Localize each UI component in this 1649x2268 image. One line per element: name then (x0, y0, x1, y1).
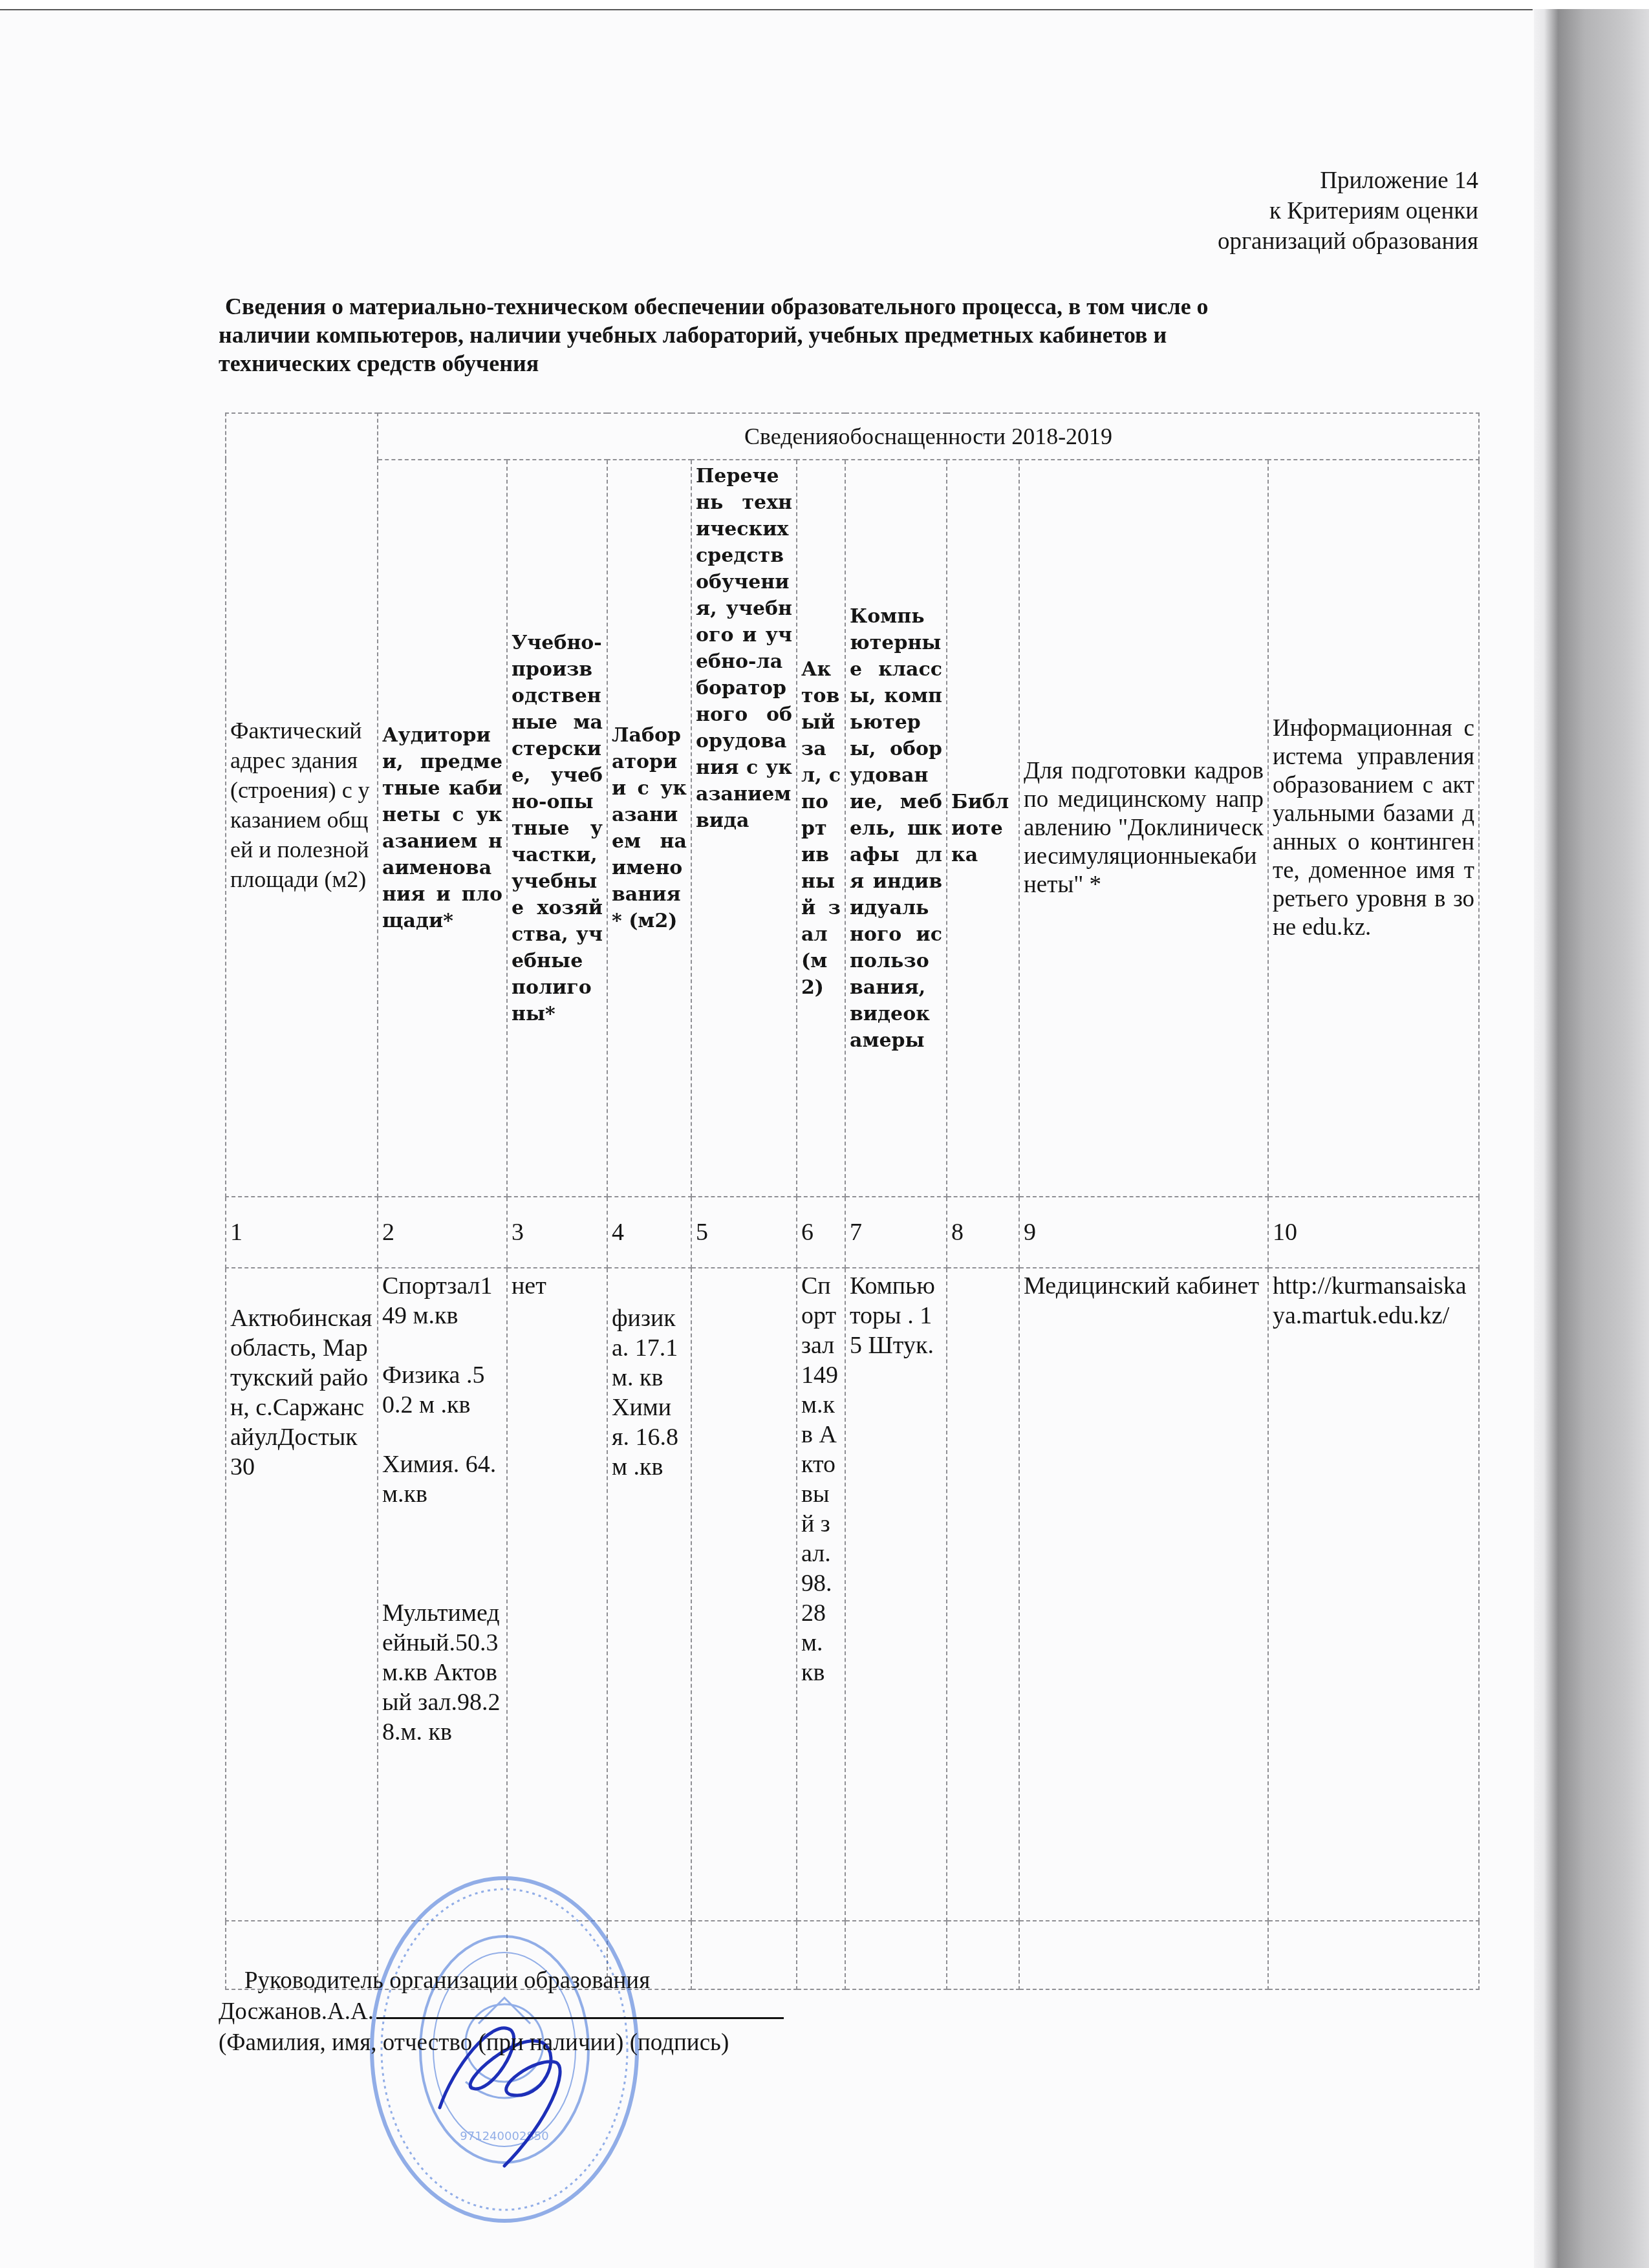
title-line-2: наличии компьютеров, наличии учебных лаб… (219, 321, 1447, 349)
header-address: Фактический адрес здания (строения) с ук… (226, 413, 378, 1197)
cell-labs: физика. 17.1м. кв Химия. 16.8 м .кв (607, 1268, 691, 1921)
header-halls: Актовый зал, спортивный зал (м2) (797, 460, 845, 1197)
title-line-3: технических средств обучения (219, 349, 1447, 378)
document-title: Сведения о материально-техническом обесп… (219, 292, 1447, 378)
period-header: Сведенияобоснащенности 2018-2019 (378, 413, 1479, 460)
header-medical: Для подготовки кадров по медицинскому на… (1019, 460, 1268, 1197)
column-number: 8 (947, 1197, 1019, 1268)
cell-info-system-link[interactable]: http://kurmansaiskaya.martuk.edu.kz/ (1268, 1268, 1479, 1921)
signer-name-line: Досжанов.А.А. (219, 1996, 784, 2027)
cell-workshops: нет (507, 1268, 607, 1921)
column-number: 10 (1268, 1197, 1479, 1268)
period-header-row: Фактический адрес здания (строения) с ук… (226, 413, 1479, 460)
scan-right-edge (1533, 9, 1649, 2268)
equipment-table: Фактический адрес здания (строения) с ук… (225, 412, 1480, 1990)
classroom-sport: Спортзал149 м.кв (382, 1272, 492, 1329)
cell-medical: Медицинский кабинет (1019, 1268, 1268, 1921)
header-library: Библиотека (947, 460, 1019, 1197)
hall-assembly: Актовый зал. 98.28м. кв (801, 1421, 837, 1686)
cell-halls: Спортзал 149 м.кв Актовый зал. 98.28м. к… (797, 1268, 845, 1921)
column-number: 3 (507, 1197, 607, 1268)
title-line-1: Сведения о материально-техническом обесп… (219, 292, 1447, 321)
cell-library (947, 1268, 1019, 1921)
lab-chemistry: Химия. 16.8 м .кв (612, 1394, 678, 1481)
signer-name: Досжанов.А.А. (219, 1998, 374, 2025)
cell-tech-equipment (691, 1268, 797, 1921)
column-header-row: Аудитории, предметные кабинеты с указани… (226, 460, 1479, 1197)
header-workshops: Учебно-производственные мастерские, учеб… (507, 460, 607, 1197)
column-number: 5 (691, 1197, 797, 1268)
signature-block: Руководитель организации образования Дос… (219, 1965, 784, 2059)
column-number: 2 (378, 1197, 507, 1268)
cell-classrooms: Спортзал149 м.кв Физика .50.2 м .кв Хими… (378, 1268, 507, 1921)
column-number: 7 (845, 1197, 947, 1268)
annex-line-3: организаций образования (1218, 226, 1478, 257)
column-number-row: 1 2 3 4 5 6 7 8 9 10 (226, 1197, 1479, 1268)
cell-computers: Компьюторы . 15 Штук. (845, 1268, 947, 1921)
cell-address: Актюбинская область, Мартукский район, с… (226, 1268, 378, 1921)
classroom-chemistry: Химия. 64.м.кв (382, 1451, 496, 1508)
column-number: 9 (1019, 1197, 1268, 1268)
header-tech-equipment: Перечень технических средств обучения, у… (691, 460, 797, 1197)
annex-line-2: к Критериям оценки (1218, 196, 1478, 226)
column-number: 4 (607, 1197, 691, 1268)
signer-role: Руководитель организации образования (219, 1965, 784, 1996)
header-labs: Лаборатории с указанием наименования * (… (607, 460, 691, 1197)
signature-caption: (Фамилия, имя, отчество (при наличии) (п… (219, 2027, 784, 2059)
annex-note: Приложение 14 к Критериям оценки организ… (1218, 166, 1478, 257)
lab-physics: физика. 17.1м. кв (612, 1305, 678, 1391)
column-number: 1 (226, 1197, 378, 1268)
header-info-system: Информационная система управления образо… (1268, 460, 1479, 1197)
column-number: 6 (797, 1197, 845, 1268)
signature-line (376, 2017, 784, 2019)
header-computers: Компьютерные классы, компьютеры, оборудо… (845, 460, 947, 1197)
header-classrooms: Аудитории, предметные кабинеты с указани… (378, 460, 507, 1197)
classroom-physics: Физика .50.2 м .кв (382, 1362, 484, 1418)
table-row: Актюбинская область, Мартукский район, с… (226, 1268, 1479, 1921)
annex-line-1: Приложение 14 (1218, 166, 1478, 196)
